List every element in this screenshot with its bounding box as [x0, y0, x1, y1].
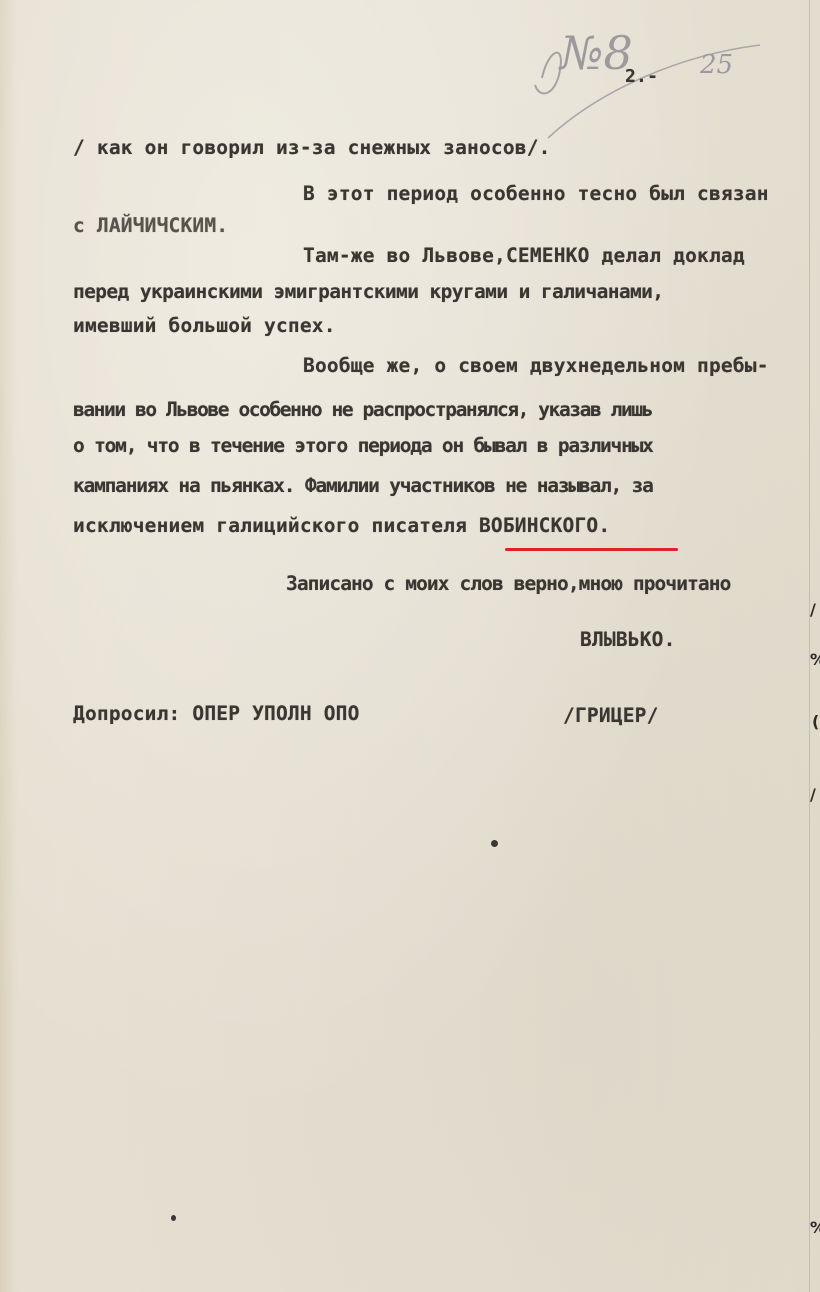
handwritten-number: №8	[560, 26, 633, 80]
page-edge-line	[809, 0, 810, 1292]
text-line-6: имевший большой успех.	[73, 314, 336, 337]
ink-speck	[491, 840, 498, 847]
interrogator-name: /ГРИЦЕР/	[563, 704, 659, 727]
document-page: №8 25 2.- / как он говорил из-за снежных…	[0, 0, 820, 1292]
page-number: 2.-	[625, 66, 658, 87]
margin-mark: (	[812, 712, 819, 731]
interrogator-label: Допросил: ОПЕР УПОЛН ОПО	[73, 702, 360, 725]
text-line-5: перед украинскими эмигрантскими кругами …	[73, 280, 663, 303]
text-line-10: кампаниях на пьянках. Фамилии участников…	[73, 474, 653, 497]
text-line-7: Вообще же, о своем двухнедельном пребы-	[303, 354, 769, 377]
text-line-11: исключением галицийского писателя ВОБИНС…	[73, 514, 610, 537]
text-line-1: / как он говорил из-за снежных заносов/.	[73, 136, 551, 159]
handwritten-number-right: 25	[700, 50, 733, 80]
text-line-4: Там-же во Львове,СЕМЕНКО делал доклад	[303, 244, 745, 267]
text-line-9: о том, что в течение этого периода он бы…	[73, 434, 653, 457]
ink-speck	[171, 1215, 176, 1221]
margin-mark: /	[810, 785, 816, 804]
text-line-3: с ЛАЙЧИЧСКИМ.	[73, 214, 228, 237]
margin-mark: %	[810, 650, 820, 669]
red-underline-highlight	[505, 548, 678, 551]
closing-statement: Записано с моих слов верно,мною прочитан…	[286, 572, 730, 595]
text-line-2: В этот период особенно тесно был связан	[303, 182, 769, 205]
signature: ВЛЫВЬКО.	[580, 628, 676, 651]
text-line-8: вании во Львове особенно не распространя…	[73, 398, 652, 421]
margin-mark: %	[810, 1218, 820, 1237]
margin-mark: /	[810, 600, 816, 619]
